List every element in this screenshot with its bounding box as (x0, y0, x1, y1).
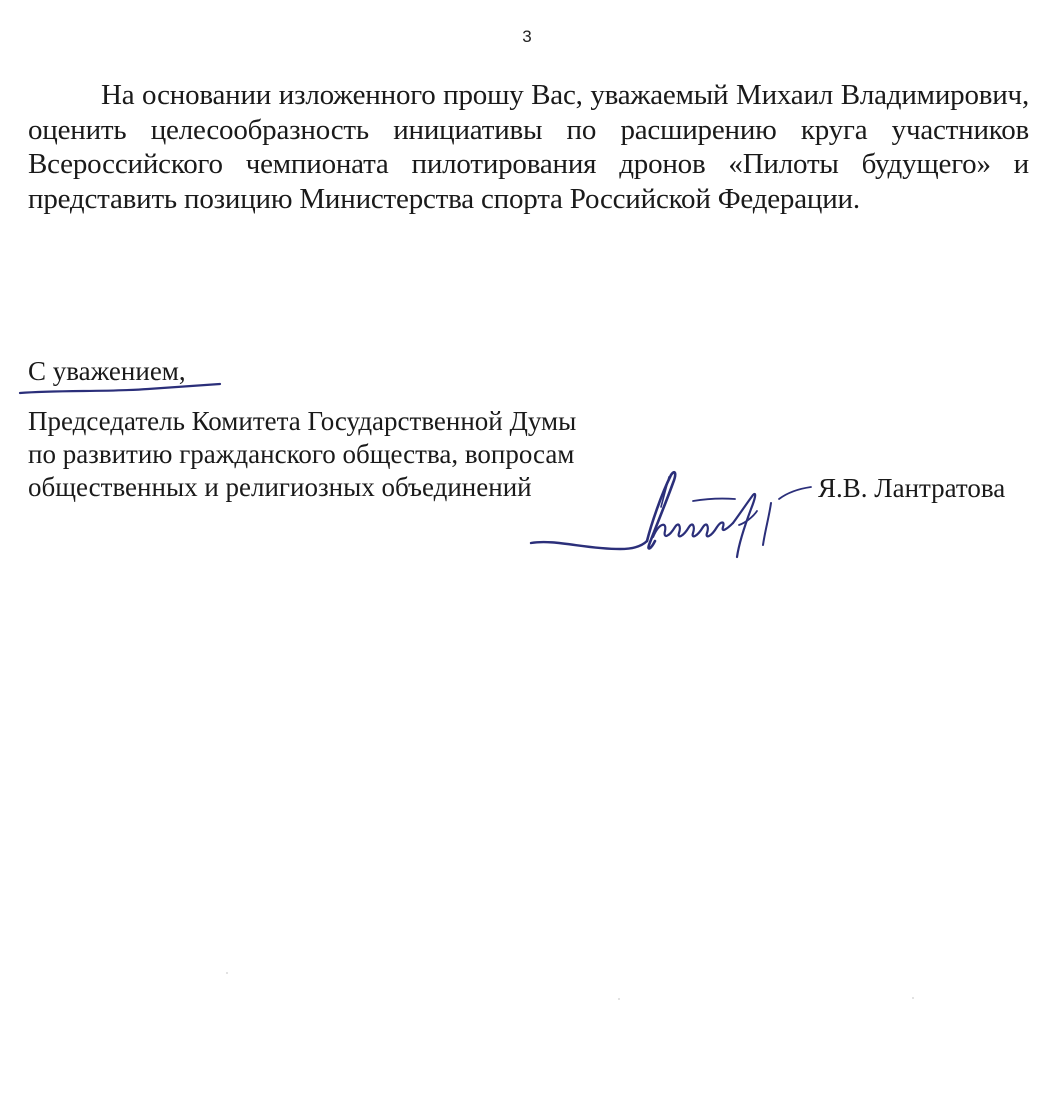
signer-title-line-1: Председатель Комитета Государственной Ду… (28, 405, 576, 438)
page-number: 3 (0, 27, 1044, 47)
signer-title-line-3: общественных и религиозных объединений (28, 471, 576, 504)
scan-speck (618, 998, 620, 1000)
handwritten-underline-icon (18, 378, 223, 398)
scan-speck (912, 997, 914, 999)
signer-name: Я.В. Лантратова (818, 472, 1005, 505)
body-paragraph: На основании изложенного прошу Вас, уваж… (28, 78, 1029, 216)
signer-title-line-2: по развитию гражданского общества, вопро… (28, 438, 576, 471)
signature-block: Председатель Комитета Государственной Ду… (28, 405, 576, 504)
handwritten-signature-icon (525, 465, 825, 565)
scan-speck (226, 972, 228, 974)
